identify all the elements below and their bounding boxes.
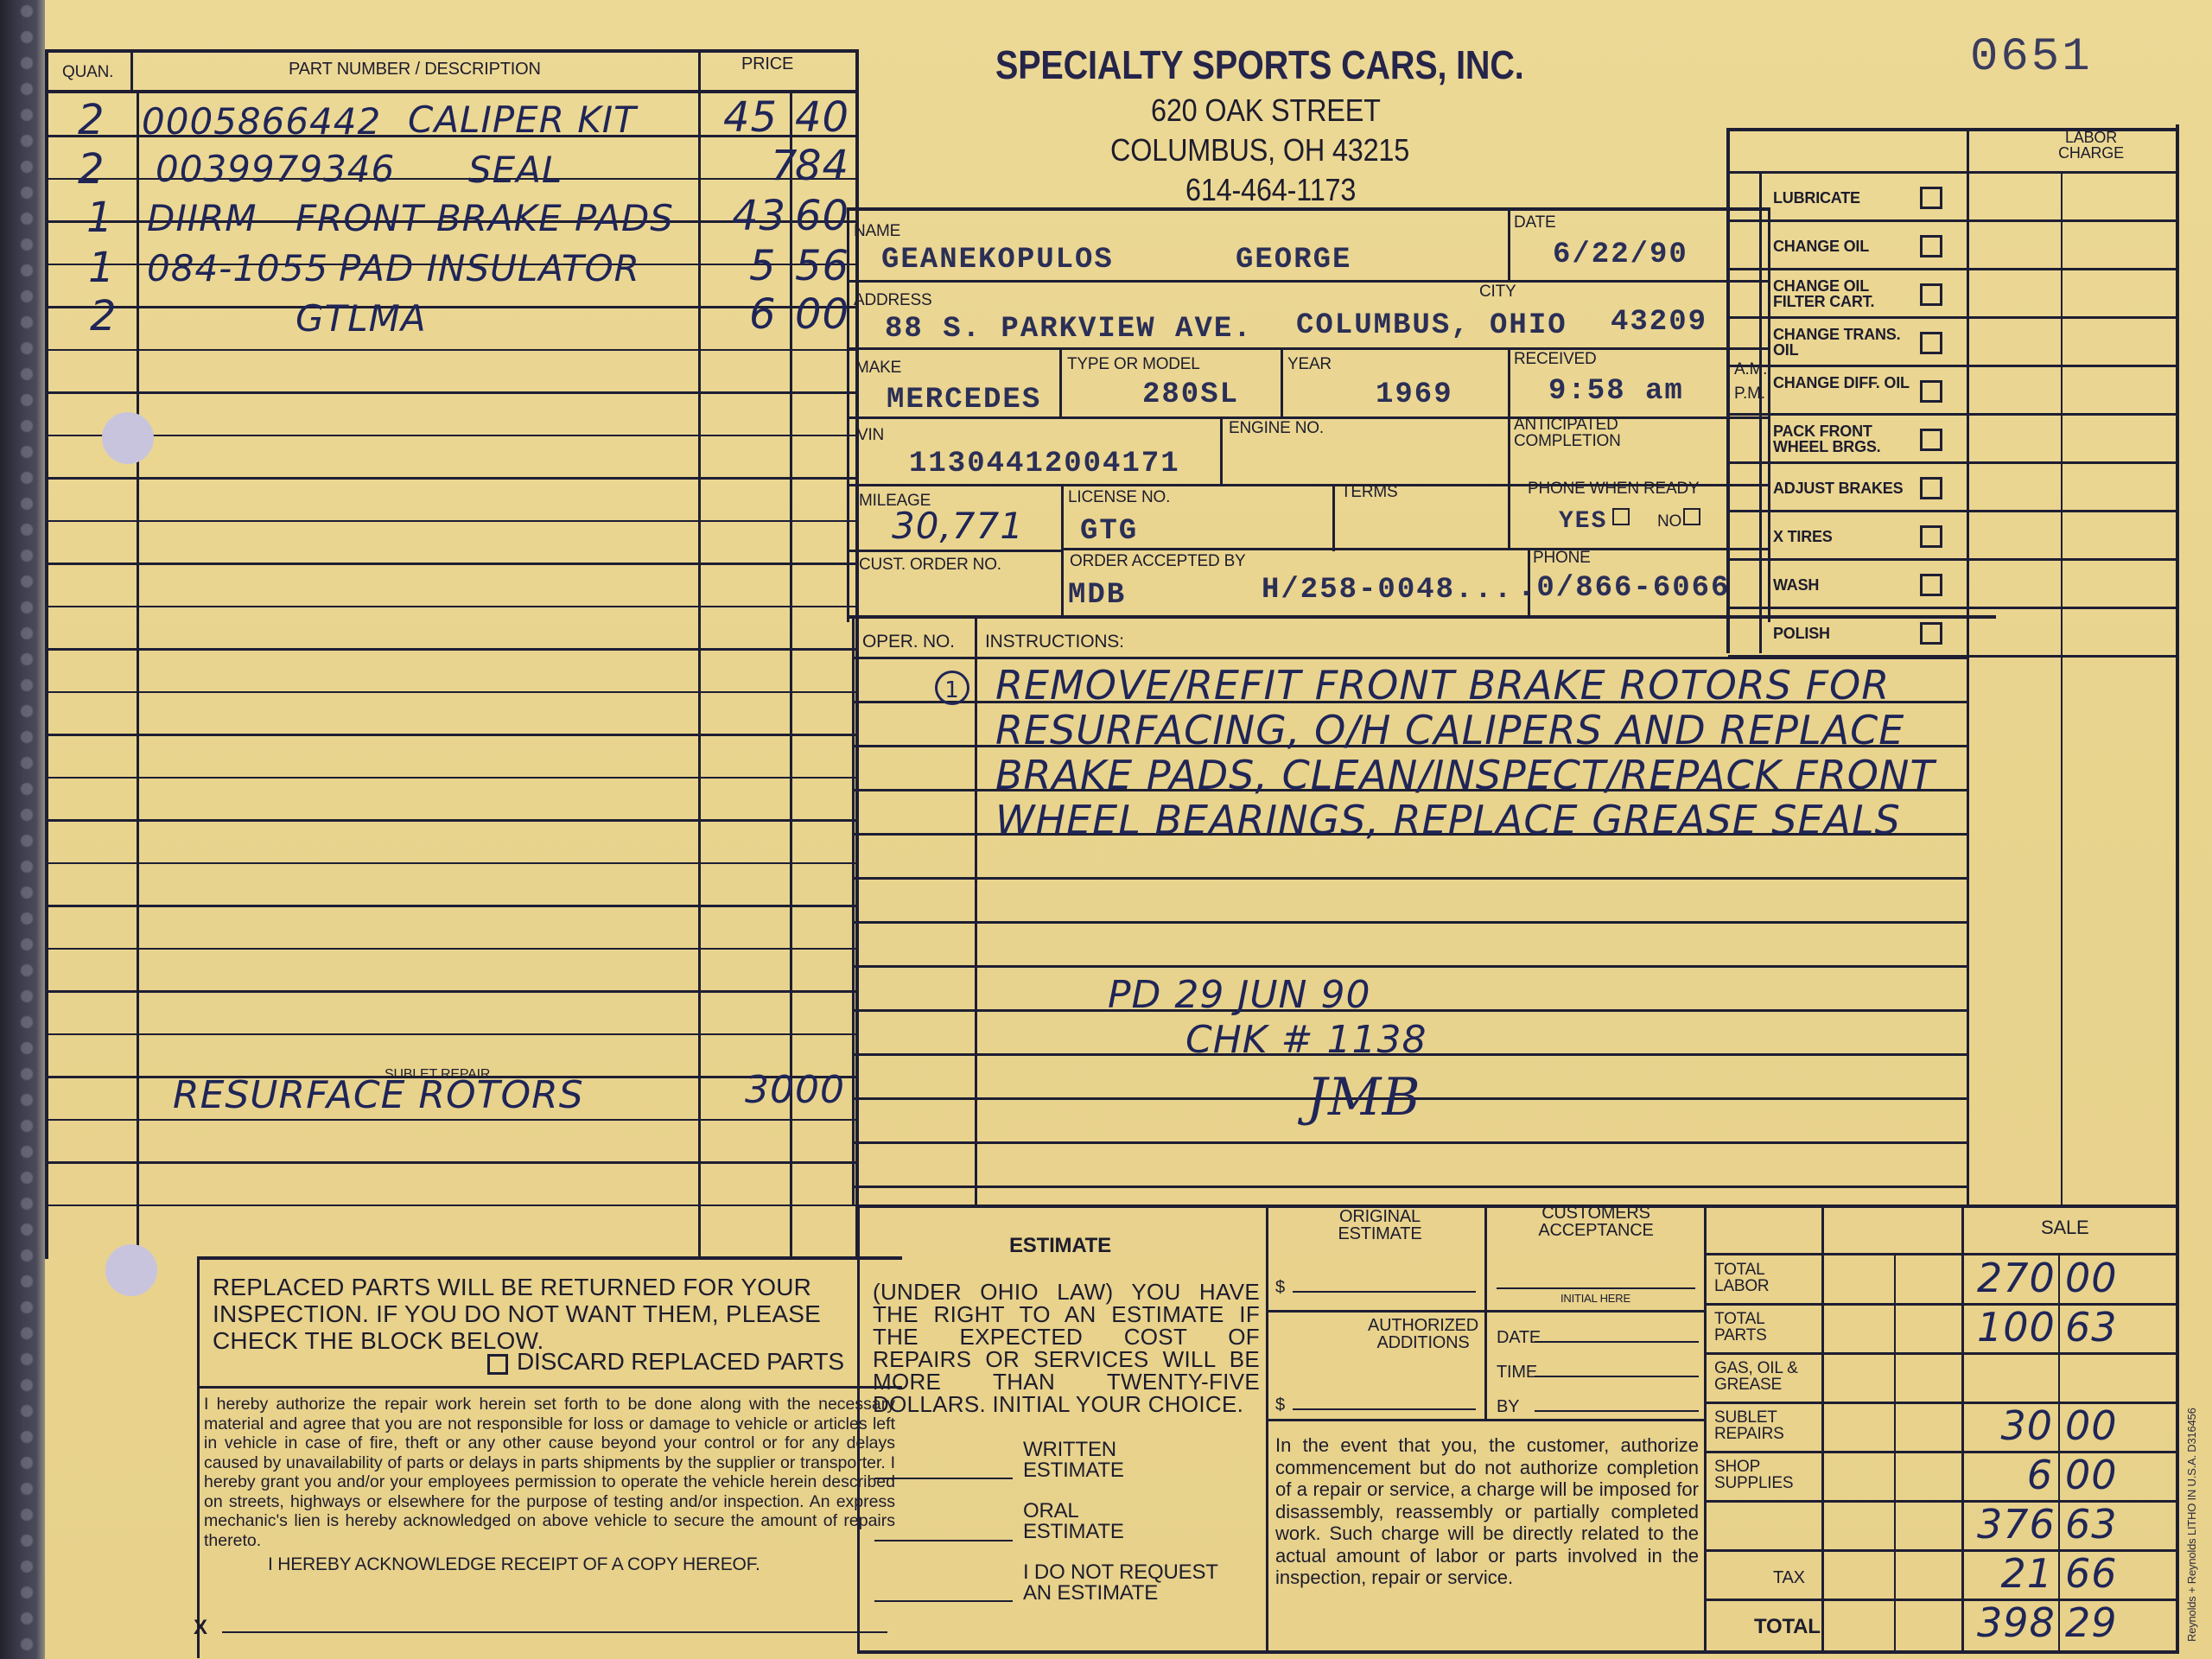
service-checkbox[interactable] (1920, 622, 1942, 645)
row-quantity: 1 (88, 247, 116, 289)
row-description: CALIPER KIT (408, 102, 637, 138)
row-quantity: 2 (90, 296, 118, 337)
ruled-line (854, 1141, 1968, 1144)
ruled-line (854, 1185, 1968, 1188)
customer-initial-field[interactable] (1497, 1287, 1695, 1289)
totals-label: GAS, OIL & GREASE (1714, 1360, 1815, 1393)
ruled-line (47, 691, 857, 694)
row-part-number: 0005866442 (142, 104, 381, 140)
sublet-price-dollars: 30 (745, 1071, 795, 1109)
service-checkbox[interactable] (1920, 574, 1942, 596)
service-checkbox[interactable] (1920, 380, 1942, 403)
service-label: X TIRES (1773, 529, 1911, 544)
order-date: 6/22/90 (1553, 240, 1688, 270)
instructions-label: INSTRUCTIONS: (985, 632, 1124, 651)
received-label: RECEIVED (1514, 351, 1597, 367)
acceptance-time-field[interactable] (1535, 1376, 1699, 1377)
sublet-price-cents: 00 (795, 1071, 845, 1109)
service-label: CHANGE DIFF. OIL (1773, 375, 1911, 391)
ruled-line (47, 905, 857, 907)
vin-label: VIN (857, 427, 884, 443)
other-phone: .0/866-6066 (1517, 574, 1730, 603)
totals-label: TAX (1773, 1569, 1805, 1586)
shop-street: 620 OAK STREET (1151, 95, 1381, 126)
service-label: POLISH (1773, 626, 1911, 641)
row-price-dollars: 7 (771, 145, 798, 187)
ruled-line (854, 965, 1968, 968)
totals-dollars: 30 (1977, 1406, 2053, 1446)
instruction-line: WHEEL BEARINGS, REPLACE GREASE SEALS (995, 800, 1901, 840)
option-label: ORAL (1023, 1501, 1079, 1522)
ruled-line (854, 1009, 1968, 1012)
ruled-line (854, 657, 1968, 659)
totals-cents: 29 (2065, 1603, 2118, 1643)
quantity-header: QUAN. (62, 64, 113, 80)
authorized-additions-field[interactable] (1293, 1408, 1476, 1410)
make-label: MAKE (855, 359, 901, 376)
ruled-line (47, 520, 857, 523)
license-no-label: LICENSE NO. (1068, 489, 1170, 505)
row-part-number: 084-1055 (147, 251, 328, 287)
estimate-text: (UNDER OHIO LAW) YOU HAVE THE RIGHT TO A… (873, 1281, 1260, 1415)
oper-no-label: OPER. NO. (862, 632, 955, 651)
row-price-cents: 84 (795, 145, 849, 187)
customer-zip: 43209 (1611, 308, 1707, 337)
phone-when-ready-yes-checkbox[interactable] (1612, 508, 1630, 525)
service-checkbox[interactable] (1920, 283, 1942, 306)
ruled-line (47, 734, 857, 736)
ruled-line (47, 990, 857, 993)
service-checkbox[interactable] (1920, 235, 1942, 257)
binder-sleeve (0, 0, 52, 1659)
option-label: AN ESTIMATE (1023, 1583, 1158, 1604)
phone-when-ready-label: PHONE WHEN READY (1528, 480, 1699, 497)
city-label: CITY (1479, 283, 1516, 300)
shop-phone: 614-464-1173 (1185, 175, 1356, 206)
dollar-sign: $ (1275, 1396, 1285, 1414)
service-label: CHANGE OIL FILTER CART. (1773, 278, 1911, 309)
order-number: 0651 (1970, 35, 2093, 81)
signature-x-mark: X (194, 1618, 207, 1638)
vehicle-mileage: 30,771 (892, 508, 1024, 544)
totals-cents: 63 (2065, 1504, 2118, 1544)
row-part-number: 0039979346 (156, 151, 395, 188)
phone-when-ready-yes-label: YES (1559, 510, 1607, 534)
ruled-line (47, 306, 857, 308)
totals-label: TOTAL PARTS (1714, 1311, 1815, 1344)
ruled-line (47, 1205, 857, 1207)
address-label: ADDRESS (854, 292, 931, 308)
instruction-line: BRAKE PADS, CLEAN/INSPECT/REPACK FRONT (995, 755, 1935, 795)
totals-cents: 66 (2065, 1554, 2118, 1593)
totals-label: TOTAL LABOR (1714, 1262, 1815, 1294)
row-description: GTLMA (296, 301, 427, 337)
ruled-line (47, 1119, 857, 1122)
customer-signature-line[interactable] (222, 1631, 887, 1633)
row-quantity: 2 (78, 149, 105, 190)
ruled-line (47, 1161, 857, 1164)
labor-charge-header: LABOR CHARGE (2048, 130, 2134, 161)
row-description: SEAL (468, 152, 563, 188)
row-price-dollars: 6 (749, 294, 777, 335)
ruled-line (854, 877, 1968, 880)
ruled-line (854, 921, 1968, 924)
customer-address: 88 S. PARKVIEW AVE. (885, 315, 1253, 344)
ruled-line (47, 948, 857, 950)
payment-check-note: CHK # 1138 (1185, 1021, 1427, 1059)
option-label: WRITTEN (1023, 1440, 1116, 1460)
row-price-cents: 60 (795, 195, 849, 237)
shop-city-state-zip: COLUMBUS, OH 43215 (1110, 135, 1409, 166)
vehicle-license: GTG (1080, 517, 1138, 546)
phone-label: PHONE (1533, 550, 1591, 566)
model-label: TYPE OR MODEL (1067, 356, 1200, 372)
row-price-cents: 00 (795, 294, 849, 335)
phone-when-ready-no-label: NO (1657, 513, 1681, 530)
terms-label: TERMS (1341, 484, 1398, 500)
ruled-line (47, 349, 857, 352)
disassembly-notice: In the event that you, the customer, aut… (1275, 1434, 1699, 1589)
phone-when-ready-no-checkbox[interactable] (1683, 508, 1700, 525)
acceptance-date-label: DATE (1497, 1329, 1541, 1346)
discard-parts-checkbox[interactable] (487, 1354, 508, 1375)
customer-first-name: GEORGE (1236, 245, 1351, 275)
payment-date-note: PD 29 JUN 90 (1108, 976, 1370, 1014)
instruction-line: RESURFACING, O/H CALIPERS AND REPLACE (995, 710, 1904, 750)
service-checkbox[interactable] (1920, 187, 1942, 209)
customers-acceptance-label: CUSTOMERS ACCEPTANCE (1531, 1205, 1661, 1239)
ruled-line (47, 862, 857, 865)
service-label: WASH (1773, 577, 1911, 593)
date-label: DATE (1514, 214, 1555, 231)
binder-hole (102, 412, 154, 464)
service-label: CHANGE OIL (1773, 238, 1911, 254)
totals-cents: 00 (2065, 1406, 2118, 1446)
customer-last-name: GEANEKOPULOS (881, 245, 1114, 275)
vehicle-model: 280SL (1142, 380, 1239, 410)
repair-order-form: QUAN. PART NUMBER / DESCRIPTION PRICE 2 … (45, 0, 2212, 1659)
acceptance-by-field[interactable] (1535, 1410, 1699, 1412)
dollar-sign: $ (1275, 1279, 1285, 1296)
initial-here-label: INITIAL HERE (1560, 1293, 1630, 1304)
am-label: A.M. (1734, 361, 1767, 378)
engine-no-label: ENGINE NO. (1229, 420, 1324, 436)
replaced-parts-notice: REPLACED PARTS WILL BE RETURNED FOR YOUR… (213, 1274, 895, 1354)
estimate-title: ESTIMATE (1009, 1236, 1111, 1256)
authorization-text: I hereby authorize the repair work herei… (204, 1395, 895, 1550)
original-estimate-label: ORIGINAL ESTIMATE (1324, 1208, 1436, 1243)
row-price-cents: 56 (795, 245, 849, 287)
part-description-header: PART NUMBER / DESCRIPTION (289, 60, 541, 78)
anticipated-completion-label: ANTICIPATED COMPLETION (1514, 416, 1669, 449)
option-label: I DO NOT REQUEST (1023, 1562, 1218, 1583)
service-checkbox[interactable] (1920, 429, 1942, 451)
row-price-cents: 40 (795, 97, 849, 138)
row-quantity: 2 (78, 99, 105, 141)
row-description: FRONT BRAKE PADS (296, 200, 674, 237)
payment-signature: JMB (1306, 1071, 1421, 1123)
shop-name: SPECIALTY SPORTS CARS, INC. (995, 45, 1524, 85)
authorized-additions-label: AUTHORIZED ADDITIONS (1350, 1317, 1497, 1351)
ruled-line (47, 777, 857, 779)
totals-dollars: 6 (1977, 1455, 2053, 1495)
row-price-dollars: 45 (723, 97, 778, 138)
printer-mark: Reynolds + Reynolds LITHO IN U.S.A. D316… (2186, 1408, 2197, 1642)
totals-cents: 00 (2065, 1258, 2118, 1298)
sublet-description: RESURFACE ROTORS (173, 1077, 584, 1115)
totals-label: SUBLET REPAIRS (1714, 1409, 1815, 1442)
row-part-number: DIIRM (147, 200, 257, 237)
service-label: PACK FRONT WHEEL BRGS. (1773, 423, 1911, 454)
name-label: NAME (854, 223, 900, 239)
acceptance-by-label: BY (1497, 1398, 1519, 1415)
ruled-line (47, 819, 857, 822)
acceptance-time-label: TIME (1497, 1363, 1537, 1381)
totals-dollars: 270 (1977, 1258, 2053, 1298)
ruled-line (47, 606, 857, 608)
totals-dollars: 100 (1977, 1307, 2053, 1347)
row-price-dollars: 43 (732, 195, 786, 237)
service-label: CHANGE TRANS. OIL (1773, 327, 1911, 358)
row-description: PAD INSULATOR (339, 251, 640, 287)
price-header: PRICE (741, 55, 793, 73)
ruled-line (47, 1033, 857, 1036)
ruled-line (47, 391, 857, 394)
totals-dollars: 376 (1977, 1504, 2053, 1544)
binder-hole (105, 1244, 157, 1296)
option-label: ESTIMATE (1023, 1522, 1124, 1542)
received-time: 9:58 am (1548, 377, 1684, 406)
oral-estimate-initial-line[interactable] (874, 1540, 1013, 1541)
service-label: ADJUST BRAKES (1773, 480, 1911, 496)
service-label: LUBRICATE (1773, 190, 1911, 206)
service-checkbox[interactable] (1920, 525, 1942, 548)
vehicle-vin: 11304412004171 (909, 449, 1180, 479)
operation-number: 1 (935, 671, 969, 705)
cust-order-no-label: CUST. ORDER NO. (859, 556, 1001, 573)
discard-parts-label: DISCARD REPLACED PARTS (517, 1350, 844, 1374)
written-estimate-initial-line[interactable] (874, 1478, 1013, 1479)
totals-cents: 63 (2065, 1307, 2118, 1347)
original-estimate-field[interactable] (1293, 1291, 1476, 1293)
service-checkbox[interactable] (1920, 332, 1942, 354)
acknowledge-receipt: I HEREBY ACKNOWLEDGE RECEIPT OF A COPY H… (268, 1555, 760, 1573)
home-phone: H/258-0048... (1262, 575, 1513, 605)
ruled-line (47, 648, 857, 651)
row-price-dollars: 5 (749, 245, 777, 287)
totals-label: TOTAL (1754, 1617, 1821, 1637)
vehicle-make: MERCEDES (887, 385, 1041, 415)
ruled-line (47, 563, 857, 565)
no-estimate-initial-line[interactable] (874, 1600, 1013, 1602)
service-checkbox[interactable] (1920, 477, 1942, 499)
sale-header: SALE (2041, 1218, 2088, 1237)
ruled-line (47, 435, 857, 437)
totals-label: SHOP SUPPLIES (1714, 1459, 1815, 1491)
order-accepted-by-label: ORDER ACCEPTED BY (1070, 553, 1246, 569)
vehicle-year: 1969 (1376, 380, 1453, 410)
acceptance-date-field[interactable] (1535, 1341, 1699, 1343)
option-label: ESTIMATE (1023, 1460, 1124, 1481)
totals-dollars: 398 (1977, 1603, 2053, 1643)
totals-cents: 00 (2065, 1455, 2118, 1495)
customer-city: COLUMBUS, OHIO (1296, 311, 1567, 340)
year-label: YEAR (1287, 356, 1332, 372)
ruled-line (47, 477, 857, 480)
order-accepted-by-value: MDB (1068, 581, 1126, 610)
totals-dollars: 21 (1977, 1554, 2053, 1593)
row-quantity: 1 (86, 197, 114, 238)
instruction-line: REMOVE/REFIT FRONT BRAKE ROTORS FOR (995, 665, 1890, 705)
